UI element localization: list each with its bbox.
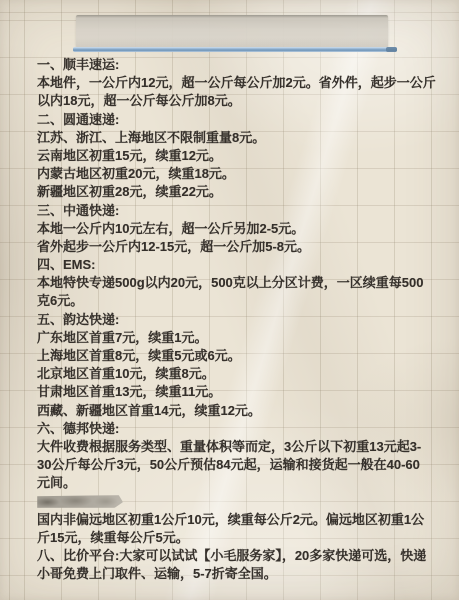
redacted-line	[37, 493, 441, 511]
courier-price-list: 一、顺丰速运:本地件，一公斤内12元，超一公斤每公斤加2元。省外件，起步一公斤以…	[37, 56, 441, 583]
text-line: 本地一公斤内10元左右，超一公斤另加2-5元。	[37, 220, 441, 238]
text-line: 北京地区首重10元，续重8元。	[37, 365, 441, 383]
text-line: 八、比价平台:大家可以试试【小毛服务家】，20多家快递可选，快递	[37, 547, 441, 565]
text-line: 国内非偏远地区初重1公斤10元，续重每公斤2元。偏远地区初重1公	[37, 511, 441, 529]
text-line: 新疆地区初重28元，续重22元。	[37, 183, 441, 201]
text-line: 甘肃地区首重13元，续重11元。	[37, 383, 441, 401]
text-line: 斤15元，续重每公斤5元。	[37, 529, 441, 547]
redacted-title-blur	[76, 15, 388, 48]
redacted-text-blur	[37, 495, 123, 508]
text-line: 30公斤每公斤3元，50公斤预估84元起，运输和接货起一般在40-60	[37, 456, 441, 474]
paper-background: 一、顺丰速运:本地件，一公斤内12元，超一公斤每公斤加2元。省外件，起步一公斤以…	[0, 0, 459, 600]
text-line: 本地特快专递500g以内20元，500克以上分区计费，一区续重每500	[37, 274, 441, 292]
text-line: 元间。	[37, 474, 441, 492]
text-line: 六、德邦快递:	[37, 420, 441, 438]
text-line: 江苏、浙江、上海地区不限制重量8元。	[37, 129, 441, 147]
text-line: 二、圆通速递:	[37, 111, 441, 129]
text-line: 以内18元，超一公斤每公斤加8元。	[37, 92, 441, 110]
text-line: 大件收费根据服务类型、重量体积等而定，3公斤以下初重13元起3-	[37, 438, 441, 456]
text-line: 四、EMS:	[37, 256, 441, 274]
title-underline	[73, 47, 397, 52]
text-line: 五、韵达快递:	[37, 311, 441, 329]
text-line: 本地件，一公斤内12元，超一公斤每公斤加2元。省外件，起步一公斤	[37, 74, 441, 92]
text-line: 三、中通快递:	[37, 202, 441, 220]
text-line: 省外起步一公斤内12-15元，超一公斤加5-8元。	[37, 238, 441, 256]
text-line: 上海地区首重8元，续重5元或6元。	[37, 347, 441, 365]
text-line: 一、顺丰速运:	[37, 56, 441, 74]
text-line: 广东地区首重7元，续重1元。	[37, 329, 441, 347]
text-line: 云南地区初重15元，续重12元。	[37, 147, 441, 165]
text-line: 西藏、新疆地区首重14元，续重12元。	[37, 402, 441, 420]
text-line: 克6元。	[37, 292, 441, 310]
text-line: 内蒙古地区初重20元，续重18元。	[37, 165, 441, 183]
text-line: 小哥免费上门取件、运输，5-7折寄全国。	[37, 565, 441, 583]
